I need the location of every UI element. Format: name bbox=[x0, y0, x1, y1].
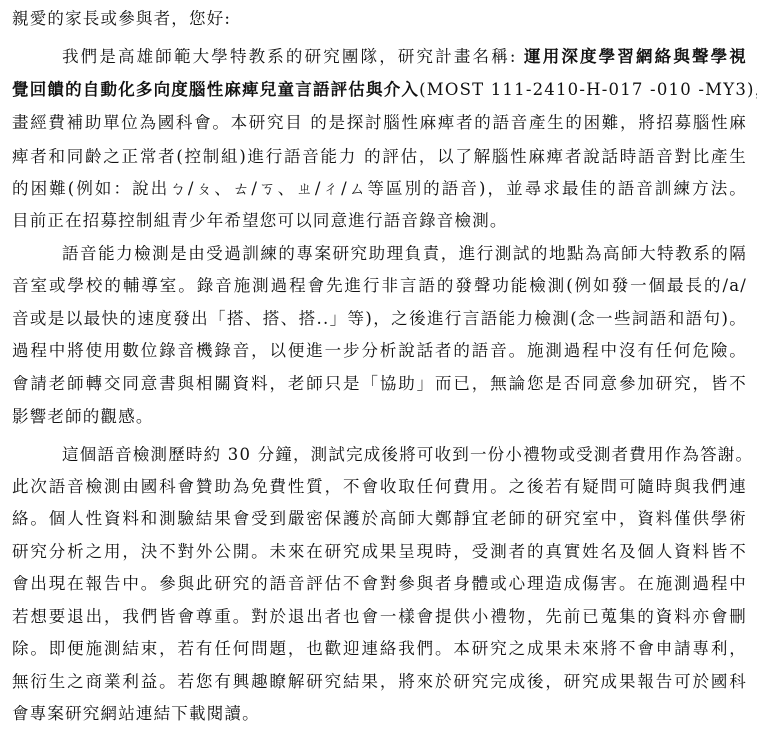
paragraph-1-line-6: 目前正在招募控制組青少年希望您可以同意進行語音錄音檢測。 bbox=[12, 211, 747, 231]
paragraph-3-line-3: 絡。個人性資料和測驗結果會受到嚴密保護於高師大鄭靜宜老師的研究室中，資料僅供學術 bbox=[12, 509, 747, 529]
paragraph-3-line-9: 會專案研究網站連結下載閱讀。 bbox=[12, 704, 747, 724]
project-title-part-1: 運用深度學習網絡與聲學視 bbox=[524, 47, 747, 66]
greeting: 親愛的家長或參與者，您好: bbox=[12, 9, 747, 29]
paragraph-1-line-1: 我們是高雄師範大學特教系的研究團隊，研究計畫名稱: 運用深度學習網絡與聲學視 bbox=[62, 47, 747, 67]
paragraph-3-line-5: 會出現在報告中。參與此研究的語音評估不會對參與者身體或心理造成傷害。在施測過程中 bbox=[12, 574, 747, 594]
project-grant-number: (MOST 111-2410-H-017 -010 -MY3)，計 bbox=[419, 80, 757, 99]
paragraph-1-line-5: 的困難(例如：說出ㄅ/ㄆ、ㄊ/ㄎ、ㄓ/ㄔ/ㄙ等區別的語音)，並尋求最佳的語音訓練… bbox=[12, 179, 747, 199]
paragraph-2-line-1: 語音能力檢測是由受過訓練的專案研究助理負責，進行測試的地點為高師大特教系的隔 bbox=[62, 244, 747, 264]
paragraph-3-line-7: 除。即便施測結束，若有任何問題，也歡迎連絡我們。本研究之成果未來將不會申請專利， bbox=[12, 639, 747, 659]
paragraph-2-line-4: 過程中將使用數位錄音機錄音，以便進一步分析說話者的語音。施測過程中沒有任何危險。 bbox=[12, 341, 747, 361]
paragraph-2-line-2: 音室或學校的輔導室。錄音施測過程會先進行非言語的發聲功能檢測(例如發一個最長的/… bbox=[12, 276, 747, 296]
project-title-part-2: 覺回饋的自動化多向度腦性麻痺兒童言語評估與介入 bbox=[12, 80, 419, 99]
paragraph-1-line-4: 痺者和同齡之正常者(控制組)進行語音能力 的評估，以了解腦性麻痺者說話時語音對比… bbox=[12, 147, 747, 167]
consent-letter-page: 親愛的家長或參與者，您好: 我們是高雄師範大學特教系的研究團隊，研究計畫名稱: … bbox=[0, 0, 757, 741]
paragraph-3-line-4: 研究分析之用，決不對外公開。未來在研究成果呈現時，受測者的真實姓名及個人資料皆不 bbox=[12, 542, 747, 562]
paragraph-3-line-8: 無衍生之商業利益。若您有興趣瞭解研究結果，將來於研究完成後，研究成果報告可於國科 bbox=[12, 672, 747, 692]
paragraph-2-line-5: 會請老師轉交同意書與相關資料，老師只是「協助」而已，無論您是否同意參加研究，皆不 bbox=[12, 374, 747, 394]
paragraph-1-line-2: 覺回饋的自動化多向度腦性麻痺兒童言語評估與介入(MOST 111-2410-H-… bbox=[12, 80, 747, 100]
intro-text: 我們是高雄師範大學特教系的研究團隊，研究計畫名稱: bbox=[62, 47, 524, 66]
paragraph-2-line-3: 音或是以最快的速度發出「搭、搭、搭..」等)，之後進行言語能力檢測(念一些詞語和… bbox=[12, 309, 747, 329]
paragraph-2-line-6: 影響老師的觀感。 bbox=[12, 407, 747, 427]
paragraph-3-line-6: 若想要退出，我們皆會尊重。對於退出者也會一樣會提供小禮物，先前已蒐集的資料亦會刪 bbox=[12, 607, 747, 627]
paragraph-1-line-3: 畫經費補助單位為國科會。本研究目 的是探討腦性麻痺者的語音產生的困難，將招募腦性… bbox=[12, 113, 747, 133]
paragraph-3-line-1: 這個語音檢測歷時約 30 分鐘，測試完成後將可收到一份小禮物或受測者費用作為答謝… bbox=[62, 445, 747, 465]
paragraph-3-line-2: 此次語音檢測由國科會贊助為免費性質，不會收取任何費用。之後若有疑問可隨時與我們連 bbox=[12, 477, 747, 497]
